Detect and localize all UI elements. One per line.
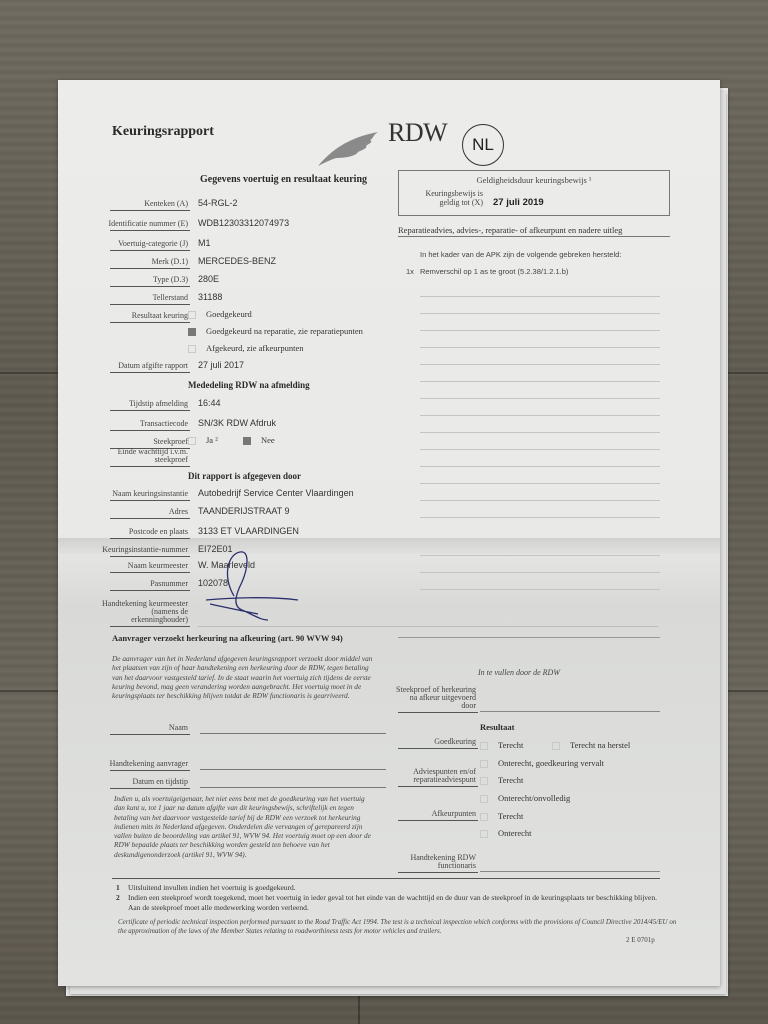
repair-section-heading: Reparatieadvies, advies-, reparatie- of …: [398, 225, 622, 235]
rdw-signature-input-line[interactable]: [480, 871, 660, 872]
ruled-line: [420, 415, 660, 416]
checkbox-icon[interactable]: [480, 830, 488, 838]
ruled-line: [420, 381, 660, 382]
goedkeuring-onterecht[interactable]: Onterecht, goedkeuring vervalt: [480, 758, 604, 768]
field-naam-keuringsinstantie: Naam keuringsinstantie Autobedrijf Servi…: [110, 480, 390, 500]
field-handtekening-aanvrager: Handtekening aanvrager: [110, 748, 390, 770]
reinspection-paragraph: De aanvrager van het in Nederland afgege…: [112, 654, 374, 700]
ruled-line: [420, 449, 660, 450]
tijdstip-value: 16:44: [198, 398, 221, 408]
group-adviespunten: Adviespunten en/of reparatieadviespunt: [398, 766, 478, 787]
field-kenteken: Kenteken (A) 54-RGL-2: [110, 192, 390, 210]
notification-heading: Mededeling RDW na afmelding: [188, 380, 310, 390]
checkbox-checked-icon[interactable]: [188, 328, 196, 336]
reinspection-heading: Aanvrager verzoekt herkeuring na afkeuri…: [112, 633, 343, 643]
validity-box: Geldigheidsduur keuringsbewijs ¹ Keuring…: [398, 170, 670, 216]
field-type: Type (D.3) 280E: [110, 268, 390, 286]
issue-date-value: 27 juli 2017: [198, 360, 244, 370]
country-badge: NL: [462, 124, 504, 166]
tellerstand-value: 31188: [198, 292, 222, 302]
instantie-value: Autobedrijf Service Center Vlaardingen: [198, 488, 354, 498]
field-voertuigcategorie: Voertuig-categorie (J) M1: [110, 230, 390, 250]
checkbox-icon[interactable]: [480, 760, 488, 768]
kenteken-value: 54-RGL-2: [198, 198, 238, 208]
field-postcode-plaats: Postcode en plaats 3133 ET VLAARDINGEN: [110, 520, 390, 538]
ruled-line: [420, 555, 660, 556]
field-merk: Merk (D.1) MERCEDES-BENZ: [110, 250, 390, 268]
footnote-1-num: 1: [116, 883, 120, 892]
afkeurpunten-terecht[interactable]: Terecht: [480, 811, 523, 821]
uitgevoerd-door-input-line[interactable]: [480, 711, 660, 712]
validity-label: Keuringsbewijs is geldig tot (X): [409, 189, 483, 207]
validity-heading: Geldigheidsduur keuringsbewijs ¹: [399, 175, 669, 185]
divider: [398, 236, 670, 237]
field-transactiecode: Transactiecode SN/3K RDW Afdruk: [110, 412, 390, 430]
ruled-line: [420, 483, 660, 484]
footnote-2-text: Indien een steekproef wordt toegekend, m…: [128, 893, 668, 912]
adres-value: TAANDERIJSTRAAT 9: [198, 506, 290, 516]
merk-value: MERCEDES-BENZ: [198, 256, 276, 266]
repair-intro: In het kader van de APK zijn de volgende…: [420, 250, 621, 259]
field-uitgevoerd-door: Steekproef of herkeuring na afkeur uitge…: [398, 684, 478, 713]
certificate-note: Certificate of periodic technical inspec…: [118, 918, 678, 936]
result-option-goedgekeurd-na-reparatie[interactable]: Goedgekeurd na reparatie, zie reparatiep…: [188, 326, 363, 336]
field-tijdstip-afmelding: Tijdstip afmelding 16:44: [110, 392, 390, 410]
ruled-line: [420, 364, 660, 365]
checkbox-icon[interactable]: [552, 742, 560, 750]
field-datum-afgifte: Datum afgifte rapport 27 juli 2017: [110, 352, 390, 372]
footnote-1-text: Uitsluitend invullen indien het voertuig…: [128, 883, 296, 892]
footnote-2-num: 2: [116, 893, 120, 902]
ruled-line: [420, 589, 660, 590]
repair-item-text: Remverschil op 1 as te groot (5.2.38/1.2…: [420, 267, 568, 276]
adviespunten-onterecht[interactable]: Onterecht/onvolledig: [480, 793, 570, 803]
postcode-value: 3133 ET VLAARDINGEN: [198, 526, 299, 536]
ruled-line: [420, 432, 660, 433]
field-datum-tijdstip: Datum en tijdstip: [110, 774, 390, 788]
checkbox-icon[interactable]: [480, 742, 488, 750]
result-heading: Resultaat: [480, 722, 514, 732]
inspector-signature: [198, 550, 308, 630]
ruled-line: [420, 398, 660, 399]
ruled-line: [420, 347, 660, 348]
field-einde-wachttijd: Einde wachttijd i.v.m. steekproef: [110, 444, 390, 466]
goedkeuring-terecht-na-herstel[interactable]: Terecht na herstel: [552, 740, 630, 750]
adviespunten-terecht[interactable]: Terecht: [480, 775, 523, 785]
vin-value: WDB12303312074973: [198, 218, 289, 228]
field-naam-aanvrager: Naam: [110, 720, 390, 734]
repair-item-qty: 1x: [406, 267, 414, 276]
goedkeuring-terecht[interactable]: Terecht: [480, 740, 523, 750]
group-afkeurpunten: Afkeurpunten: [398, 808, 478, 821]
ruled-line: [420, 500, 660, 501]
checkbox-icon[interactable]: [480, 777, 488, 785]
handtekening-input-line[interactable]: [200, 769, 386, 770]
checkbox-icon[interactable]: [480, 813, 488, 821]
field-identificatienummer: Identificatie nummer (E) WDB123033120749…: [110, 210, 390, 230]
field-handtekening-rdw: Handtekening RDW functionaris: [398, 852, 478, 873]
field-tellerstand: Tellerstand 31188: [110, 286, 390, 304]
ruled-line: [420, 330, 660, 331]
transactiecode-value: SN/3K RDW Afdruk: [198, 418, 276, 428]
category-value: M1: [198, 238, 211, 248]
afkeurpunten-onterecht[interactable]: Onterecht: [480, 828, 532, 838]
document-title: Keuringsrapport: [112, 124, 214, 140]
checkbox-icon[interactable]: [188, 311, 196, 319]
vehicle-section-heading: Gegevens voertuig en resultaat keuring: [200, 174, 367, 185]
rdw-feather-logo-icon: [316, 128, 382, 168]
validity-date: 27 juli 2019: [493, 197, 544, 208]
ruled-line: [420, 466, 660, 467]
result-option-goedgekeurd[interactable]: Goedgekeurd: [188, 309, 252, 319]
field-adres: Adres TAANDERIJSTRAAT 9: [110, 500, 390, 518]
ruled-line: [420, 296, 660, 297]
naam-input-line[interactable]: [200, 733, 386, 734]
type-value: 280E: [198, 274, 219, 284]
reinspection-note: Indien u, als voertuigeigenaar, het niet…: [114, 794, 376, 859]
ruled-line: [420, 572, 660, 573]
rdw-logo-text: RDW: [388, 118, 447, 148]
keuringsrapport-document: Keuringsrapport RDW NL Gegevens voertuig…: [58, 80, 720, 986]
divider: [398, 637, 660, 638]
group-goedkeuring: Goedkeuring: [398, 736, 478, 749]
form-code: 2 E 0701p: [626, 936, 655, 944]
ruled-line: [420, 313, 660, 314]
divider: [112, 878, 660, 879]
datum-input-line[interactable]: [200, 787, 386, 788]
ruled-line: [420, 517, 660, 518]
checkbox-icon[interactable]: [480, 795, 488, 803]
rdw-section-heading: In te vullen door de RDW: [478, 668, 560, 677]
